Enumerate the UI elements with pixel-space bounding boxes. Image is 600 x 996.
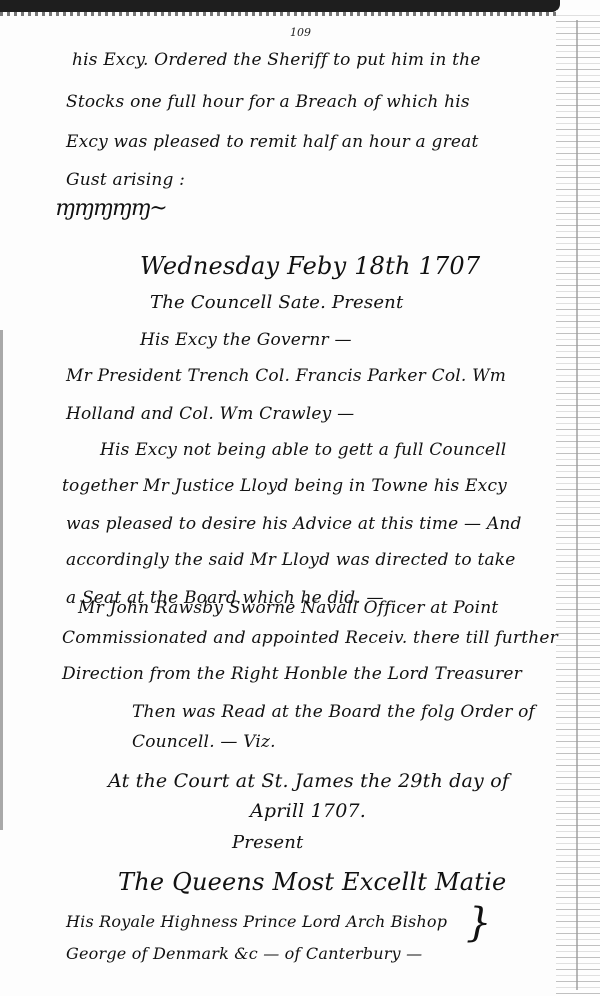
page-number: 109 <box>290 26 311 39</box>
left-scan-edge <box>0 330 3 830</box>
manuscript-line: His Excy not being able to gett a full C… <box>100 440 506 460</box>
scan-top-shadow <box>0 0 560 12</box>
manuscript-line: Excy was pleased to remit half an hour a… <box>66 132 479 152</box>
manuscript-line: At the Court at St. James the 29th day o… <box>108 770 509 792</box>
manuscript-line: Stocks one full hour for a Breach of whi… <box>66 92 470 112</box>
manuscript-line: together Mr Justice Lloyd being in Towne… <box>62 476 507 496</box>
manuscript-line: Aprill 1707. <box>250 800 366 822</box>
manuscript-line: George of Denmark &c — of Canterbury — <box>66 944 422 963</box>
manuscript-line: Direction from the Right Honble the Lord… <box>62 664 522 684</box>
manuscript-line: Mr John Rawsby Sworne Navall Officer at … <box>78 598 498 618</box>
manuscript-line: Then was Read at the Board the folg Orde… <box>132 702 535 722</box>
manuscript-line: Holland and Col. Wm Crawley — <box>66 404 354 424</box>
manuscript-line: accordingly the said Mr Lloyd was direct… <box>66 550 516 570</box>
manuscript-line: Gust arising : <box>66 170 185 190</box>
manuscript-line: His Royale Highness Prince Lord Arch Bis… <box>66 912 447 931</box>
manuscript-line: His Excy the Governr — <box>140 330 352 350</box>
binding-edge <box>556 10 600 996</box>
manuscript-line: Present <box>232 832 303 853</box>
manuscript-line: Wednesday Feby 18th 1707 <box>140 252 480 280</box>
manuscript-line: his Excy. Ordered the Sheriff to put him… <box>72 50 481 70</box>
manuscript-line: was pleased to desire his Advice at this… <box>66 514 522 534</box>
manuscript-line: Mr President Trench Col. Francis Parker … <box>66 366 506 386</box>
brace-mark: } <box>466 900 491 946</box>
section-divider-flourish: ɱɱɱɱɱ~ <box>55 196 166 221</box>
page-edge-rule <box>576 20 578 990</box>
manuscript-page: 109 ɱɱɱɱɱ~ } his Excy. Ordered the Sheri… <box>0 0 600 996</box>
manuscript-line: The Queens Most Excellt Matie <box>118 868 506 896</box>
manuscript-line: Commissionated and appointed Receiv. the… <box>62 628 558 648</box>
manuscript-line: The Councell Sate. Present <box>150 292 403 313</box>
manuscript-line: Councell. — Viz. <box>132 732 276 752</box>
